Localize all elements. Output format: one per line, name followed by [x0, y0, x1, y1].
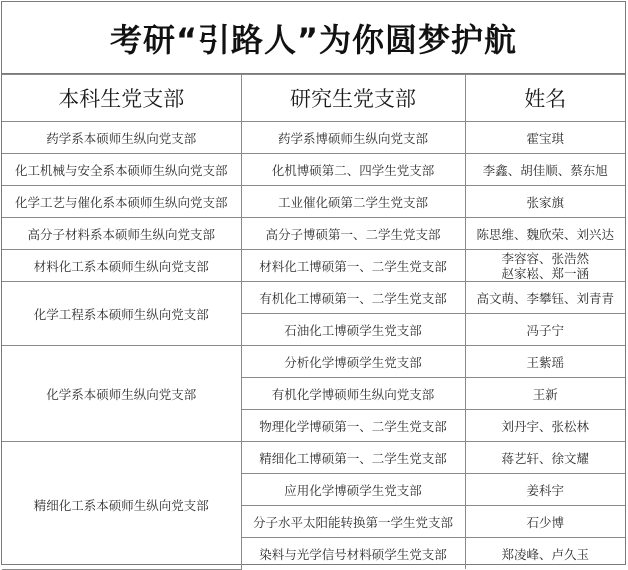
grad-branch: 石油化工博硕学生党支部: [241, 314, 465, 346]
grad-branch: 精细化工博硕第一、二学生党支部: [241, 442, 465, 474]
undergrad-branch: 药学系本硕师生纵向党支部: [2, 122, 241, 154]
grad-branch: 分析化学博硕学生党支部: [241, 346, 465, 378]
grad-branch: 应用化学博硕学生党支部: [241, 474, 465, 506]
names-cell: 高文萌、李攀钰、刘青青: [465, 282, 625, 314]
names-cell: 石少博: [465, 506, 625, 538]
branch-table: 本科生党支部 研究生党支部 姓名 药学系本硕师生纵向党支部 药学系博硕师生纵向党…: [2, 74, 625, 567]
names-cell: 冯子宁: [465, 314, 625, 346]
names-cell: 王新: [465, 378, 625, 410]
names-cell: 王紫瑶: [465, 346, 625, 378]
header-names: 姓名: [465, 75, 625, 122]
undergrad-branch: 化学系本硕师生纵向党支部: [2, 346, 241, 442]
undergrad-branch: 化学工程系本硕师生纵向党支部: [2, 282, 241, 346]
names-cell: 张家旗: [465, 186, 625, 218]
names-cell: 陈思维、魏欣荣、刘兴达: [465, 218, 625, 250]
undergrad-branch: 精细化工系本硕师生纵向党支部: [2, 442, 241, 568]
grad-branch: 药学系博硕师生纵向党支部: [241, 122, 465, 154]
table-row: 精细化工系本硕师生纵向党支部 精细化工博硕第一、二学生党支部 蒋艺轩、徐文耀: [2, 442, 625, 474]
page-title: 考研“引路人”为你圆梦护航: [2, 2, 625, 74]
table-row: 化学系本硕师生纵向党支部 分析化学博硕学生党支部 王紫瑶: [2, 346, 625, 378]
names-cell: 刘丹宇、张松林: [465, 410, 625, 442]
undergrad-branch: 化工机械与安全系本硕师生纵向党支部: [2, 154, 241, 186]
names-cell: 霍宝琪: [465, 122, 625, 154]
names-cell: 姜科宇: [465, 474, 625, 506]
names-cell: 李容容、张浩然 赵家崧、郑一涵: [465, 250, 625, 282]
header-grad: 研究生党支部: [241, 75, 465, 122]
document-sheet: 考研“引路人”为你圆梦护航 本科生党支部 研究生党支部 姓名 药学系本硕师生纵向…: [1, 1, 626, 565]
undergrad-branch: 化学工艺与催化系本硕师生纵向党支部: [2, 186, 241, 218]
grad-branch: 化机博硕第二、四学生党支部: [241, 154, 465, 186]
grad-branch: 染料与光学信号材料硕学生党支部: [241, 538, 465, 568]
table-row: 化学工程系本硕师生纵向党支部 有机化工博硕第一、二学生党支部 高文萌、李攀钰、刘…: [2, 282, 625, 314]
table-row: 化工机械与安全系本硕师生纵向党支部 化机博硕第二、四学生党支部 李鑫、胡佳顺、蔡…: [2, 154, 625, 186]
grad-branch: 有机化工博硕第一、二学生党支部: [241, 282, 465, 314]
undergrad-branch: 材料化工系本硕师生纵向党支部: [2, 250, 241, 282]
grad-branch: 工业催化硕第二学生党支部: [241, 186, 465, 218]
grad-branch: 分子水平太阳能转换第一学生党支部: [241, 506, 465, 538]
grad-branch: 材料化工博硕第一、二学生党支部: [241, 250, 465, 282]
table-row: 材料化工系本硕师生纵向党支部 材料化工博硕第一、二学生党支部 李容容、张浩然 赵…: [2, 250, 625, 282]
grad-branch: 有机化学博硕师生纵向党支部: [241, 378, 465, 410]
names-line: 赵家崧、郑一涵: [466, 266, 626, 281]
table-row: 药学系本硕师生纵向党支部 药学系博硕师生纵向党支部 霍宝琪: [2, 122, 625, 154]
grad-branch: 物理化学博硕第一、二学生党支部: [241, 410, 465, 442]
names-cell: 蒋艺轩、徐文耀: [465, 442, 625, 474]
grad-branch: 高分子博硕第一、二学生党支部: [241, 218, 465, 250]
header-undergrad: 本科生党支部: [2, 75, 241, 122]
table-row: 高分子材料系本硕师生纵向党支部 高分子博硕第一、二学生党支部 陈思维、魏欣荣、刘…: [2, 218, 625, 250]
header-row: 本科生党支部 研究生党支部 姓名: [2, 75, 625, 122]
names-line: 李容容、张浩然: [466, 251, 626, 266]
undergrad-branch: 高分子材料系本硕师生纵向党支部: [2, 218, 241, 250]
table-row: 化学工艺与催化系本硕师生纵向党支部 工业催化硕第二学生党支部 张家旗: [2, 186, 625, 218]
names-cell: 郑凌峰、卢久玉: [465, 538, 625, 568]
names-cell: 李鑫、胡佳顺、蔡东旭: [465, 154, 625, 186]
